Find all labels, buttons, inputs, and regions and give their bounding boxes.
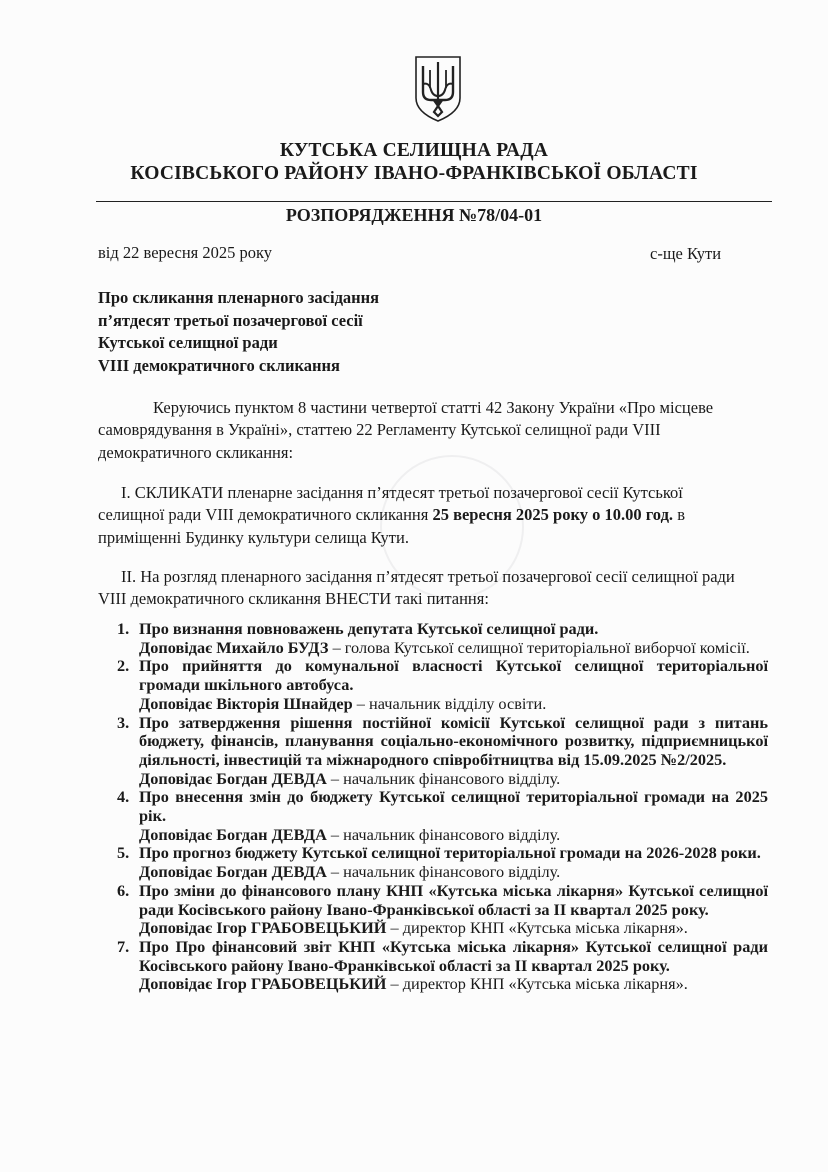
agenda-item-number: 5. (117, 844, 129, 863)
agenda-item-title: Про визнання повноважень депутата Кутськ… (139, 620, 768, 639)
agenda-item-number: 7. (117, 938, 129, 957)
subject-line: VIII демократичного скликання (98, 355, 379, 378)
reporter-role: – директор КНП «Кутська міська лікарня». (386, 974, 687, 993)
agenda-item-title: Про прогноз бюджету Кутської селищної те… (139, 844, 768, 863)
trident-coat-of-arms-icon (413, 54, 463, 124)
agenda-item: 7. Про Про фінансовий звіт КНП «Кутська … (112, 938, 768, 994)
reporter-name: Доповідає Ігор ГРАБОВЕЦЬКИЙ (139, 918, 386, 937)
agenda-item-reporter: Доповідає Ігор ГРАБОВЕЦЬКИЙ – директор К… (139, 919, 768, 938)
agenda-item: 4. Про внесення змін до бюджету Кутської… (112, 788, 768, 844)
convene-text: в (673, 505, 685, 524)
agenda-item: 5. Про прогноз бюджету Кутської селищної… (112, 844, 768, 881)
agenda-list: 1. Про визнання повноважень депутата Кут… (112, 620, 768, 994)
reporter-role: – начальник фінансового відділу. (327, 769, 560, 788)
convene-line: І. СКЛИКАТИ пленарне засідання п’ятдесят… (98, 482, 748, 504)
agenda-item: 6. Про зміни до фінансового плану КНП «К… (112, 882, 768, 938)
header-divider (96, 201, 772, 202)
council-name: КУТСЬКА СЕЛИЩНА РАДА (0, 140, 828, 162)
agenda-intro-line: ІІ. На розгляд пленарного засідання п’ят… (98, 566, 778, 588)
agenda-item-reporter: Доповідає Богдан ДЕВДА – начальник фінан… (139, 863, 768, 882)
reporter-role: – начальник фінансового відділу. (327, 825, 560, 844)
reporter-name: Доповідає Михайло БУДЗ (139, 638, 329, 657)
agenda-item-reporter: Доповідає Вікторія Шнайдер – начальник в… (139, 695, 768, 714)
agenda-item-title: Про внесення змін до бюджету Кутської се… (139, 788, 768, 825)
agenda-item-number: 6. (117, 882, 129, 901)
reporter-role: – начальник відділу освіти. (353, 694, 547, 713)
basis-paragraph: Керуючись пунктом 8 частини четвертої ст… (98, 397, 738, 464)
agenda-item-reporter: Доповідає Богдан ДЕВДА – начальник фінан… (139, 770, 768, 789)
subject-block: Про скликання пленарного засідання п’ятд… (98, 287, 379, 377)
agenda-item-reporter: Доповідає Ігор ГРАБОВЕЦЬКИЙ – директор К… (139, 975, 768, 994)
agenda-intro-line: VIII демократичного скликання ВНЕСТИ так… (98, 588, 778, 610)
district-line: КОСІВСЬКОГО РАЙОНУ ІВАНО-ФРАНКІВСЬКОЇ ОБ… (0, 163, 828, 185)
document-page: КУТСЬКА СЕЛИЩНА РАДА КОСІВСЬКОГО РАЙОНУ … (0, 0, 828, 1172)
agenda-item-number: 3. (117, 714, 129, 733)
agenda-item-number: 1. (117, 620, 129, 639)
agenda-item-number: 2. (117, 657, 129, 676)
agenda-item: 1. Про визнання повноважень депутата Кут… (112, 620, 768, 657)
convene-text: селищної ради VIII демократичного склика… (98, 505, 432, 524)
agenda-item-reporter: Доповідає Богдан ДЕВДА – начальник фінан… (139, 826, 768, 845)
agenda-item-number: 4. (117, 788, 129, 807)
agenda-item-title: Про Про фінансовий звіт КНП «Кутська міс… (139, 938, 768, 975)
agenda-item-title: Про зміни до фінансового плану КНП «Кутс… (139, 882, 768, 919)
section-2-agenda-intro: ІІ. На розгляд пленарного засідання п’ят… (98, 566, 778, 611)
agenda-item: 2. Про прийняття до комунальної власност… (112, 657, 768, 713)
subject-line: п’ятдесят третьої позачергової сесії (98, 310, 379, 333)
reporter-name: Доповідає Богдан ДЕВДА (139, 862, 327, 881)
reporter-name: Доповідає Вікторія Шнайдер (139, 694, 353, 713)
basis-line: демократичного скликання: (98, 442, 738, 464)
reporter-name: Доповідає Ігор ГРАБОВЕЦЬКИЙ (139, 974, 386, 993)
reporter-role: – директор КНП «Кутська міська лікарня». (386, 918, 687, 937)
basis-line: Керуючись пунктом 8 частини четвертої ст… (98, 397, 738, 419)
convene-line: приміщенні Будинку культури селища Кути. (98, 527, 748, 549)
agenda-item-reporter: Доповідає Михайло БУДЗ – голова Кутської… (139, 639, 768, 658)
document-date: від 22 вересня 2025 року (98, 243, 272, 263)
reporter-role: – голова Кутської селищної територіально… (329, 638, 750, 657)
subject-line: Кутської селищної ради (98, 332, 379, 355)
convene-line: селищної ради VIII демократичного склика… (98, 504, 748, 526)
reporter-name: Доповідає Богдан ДЕВДА (139, 769, 327, 788)
basis-line: самоврядування в Україні», статтею 22 Ре… (98, 419, 738, 441)
agenda-item-title: Про прийняття до комунальної власності К… (139, 657, 768, 694)
reporter-role: – начальник фінансового відділу. (327, 862, 560, 881)
session-datetime: 25 вересня 2025 року о 10.00 год. (432, 505, 673, 524)
reporter-name: Доповідає Богдан ДЕВДА (139, 825, 327, 844)
subject-line: Про скликання пленарного засідання (98, 287, 379, 310)
agenda-item: 3. Про затвердження рішення постійної ко… (112, 714, 768, 789)
agenda-item-title: Про затвердження рішення постійної коміс… (139, 714, 768, 770)
section-1-convene: І. СКЛИКАТИ пленарне засідання п’ятдесят… (98, 482, 748, 549)
document-type: РОЗПОРЯДЖЕННЯ №78/04-01 (0, 205, 828, 226)
document-place: с-ще Кути (650, 244, 721, 264)
